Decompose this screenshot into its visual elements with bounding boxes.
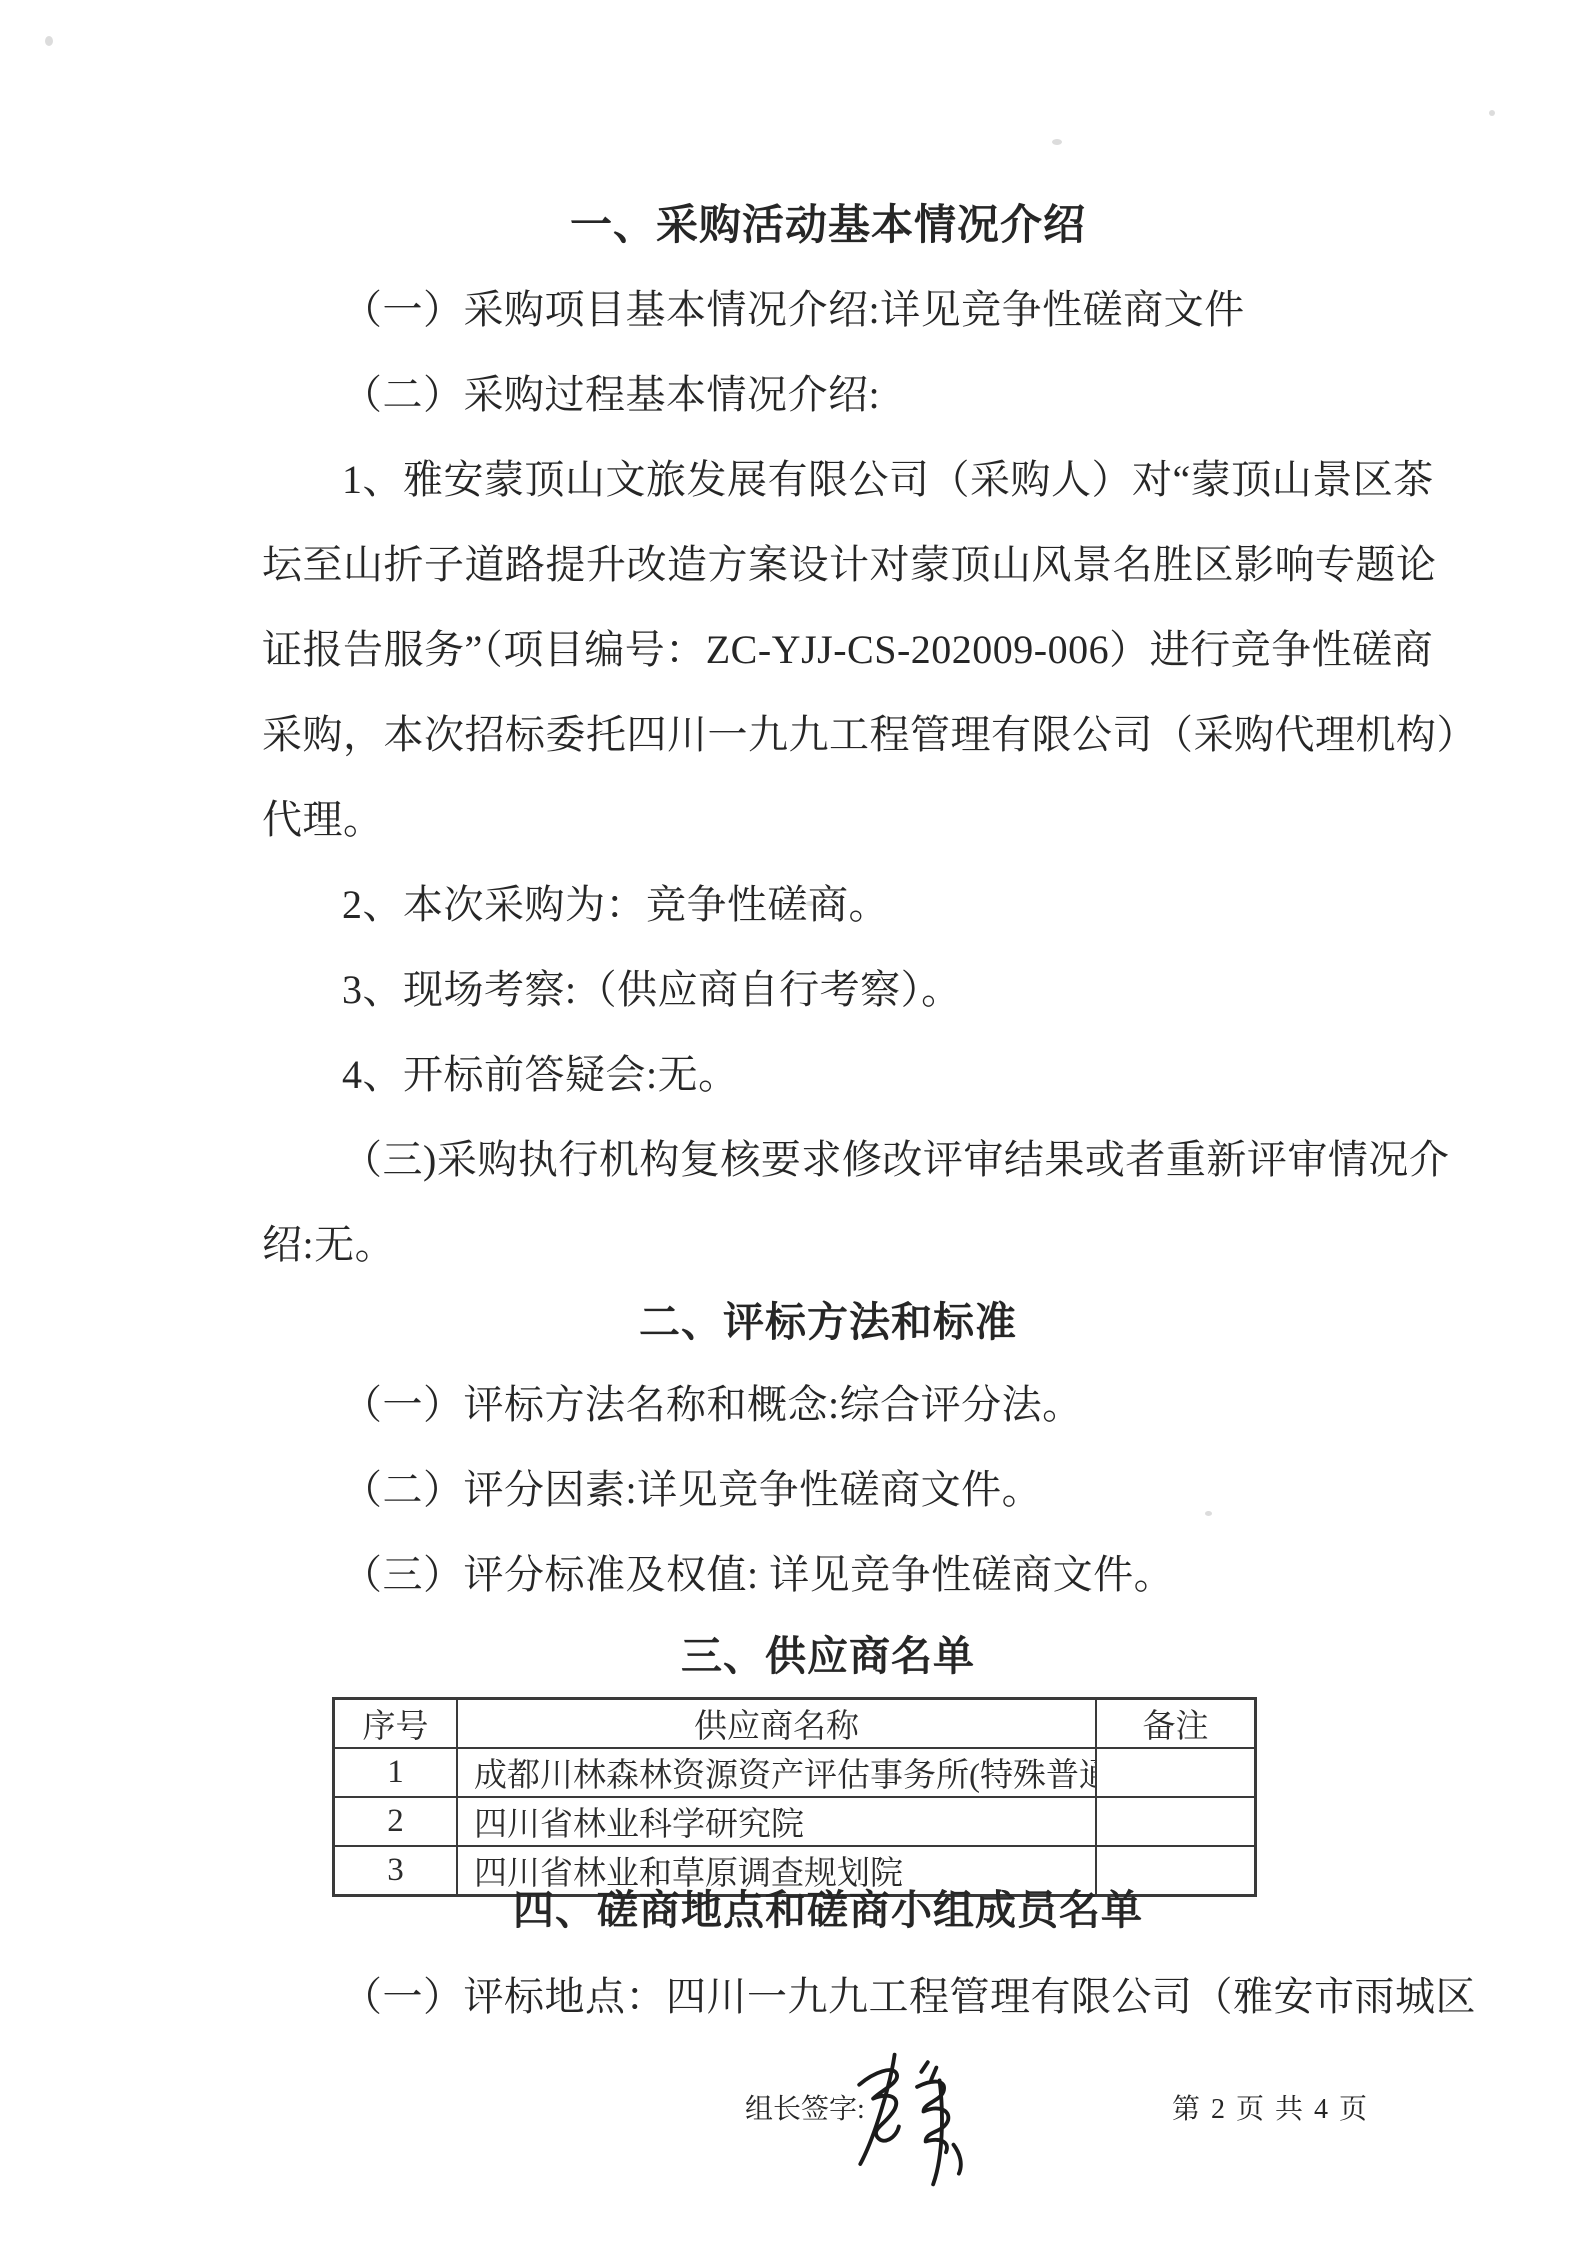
cell-supplier: 成都川林森林资源资产评估事务所(特殊普通合伙） — [457, 1748, 1096, 1797]
paragraph-line: （一）采购项目基本情况介绍:详见竞争性磋商文件 — [262, 285, 1522, 335]
paragraph-line: 1、雅安蒙顶山文旅发展有限公司（采购人）对“蒙顶山景区茶 — [262, 455, 1522, 505]
paragraph-line: 3、现场考察:（供应商自行考察）。 — [262, 965, 1522, 1015]
cell-remark — [1096, 1748, 1256, 1797]
paragraph-line: 证报告服务”（项目编号：ZC-YJJ-CS-202009-006）进行竞争性磋商 — [262, 625, 1442, 675]
table-row: 1 成都川林森林资源资产评估事务所(特殊普通合伙） — [334, 1748, 1256, 1797]
paragraph-line: 代理。 — [262, 795, 1442, 845]
paragraph-line: 绍:无。 — [262, 1220, 1442, 1270]
paragraph-line: 4、开标前答疑会:无。 — [262, 1050, 1522, 1100]
suppliers-table: 序号 供应商名称 备注 1 成都川林森林资源资产评估事务所(特殊普通合伙） 2 … — [332, 1697, 1257, 1897]
section-heading-3: 三、供应商名单 — [262, 1630, 1394, 1682]
paragraph-line: 坛至山折子道路提升改造方案设计对蒙顶山风景名胜区影响专题论 — [262, 540, 1442, 590]
header-cell-supplier: 供应商名称 — [457, 1699, 1096, 1749]
document-page: 一、采购活动基本情况介绍 （一）采购项目基本情况介绍:详见竞争性磋商文件 （二）… — [0, 0, 1586, 2242]
section-heading-4: 四、磋商地点和磋商小组成员名单 — [262, 1884, 1394, 1936]
scan-speck — [45, 36, 53, 46]
paragraph-line: （二）评分因素:详见竞争性磋商文件。 — [262, 1465, 1522, 1515]
paragraph-line: （二）采购过程基本情况介绍: — [262, 370, 1522, 420]
section-heading-1: 一、采购活动基本情况介绍 — [262, 200, 1394, 252]
paragraph-line: （一）评标方法名称和概念:综合评分法。 — [262, 1380, 1522, 1430]
page-number: 第 2 页 共 4 页 — [1172, 2094, 1369, 2126]
paragraph-line: （三)采购执行机构复核要求修改评审结果或者重新评审情况介 — [262, 1135, 1522, 1185]
paragraph-line: （三）评分标准及权值: 详见竞争性磋商文件。 — [262, 1550, 1522, 1600]
scan-speck — [1489, 110, 1495, 116]
paragraph-line: （一）评标地点：四川一九九工程管理有限公司（雅安市雨城区 — [262, 1972, 1522, 2022]
table-row: 2 四川省林业科学研究院 — [334, 1797, 1256, 1846]
section-heading-2: 二、评标方法和标准 — [262, 1296, 1394, 1348]
scan-speck — [1052, 139, 1062, 145]
header-cell-index: 序号 — [334, 1699, 458, 1749]
cell-index: 2 — [334, 1797, 458, 1846]
cell-supplier: 四川省林业科学研究院 — [457, 1797, 1096, 1846]
paragraph-line: 采购，本次招标委托四川一九九工程管理有限公司（采购代理机构） — [262, 710, 1442, 760]
paragraph-line: 2、本次采购为：竞争性磋商。 — [262, 880, 1522, 930]
header-cell-remark: 备注 — [1096, 1699, 1256, 1749]
table-header-row: 序号 供应商名称 备注 — [334, 1699, 1256, 1749]
leader-signature-handwriting — [846, 2044, 986, 2194]
cell-index: 1 — [334, 1748, 458, 1797]
cell-remark — [1096, 1797, 1256, 1846]
